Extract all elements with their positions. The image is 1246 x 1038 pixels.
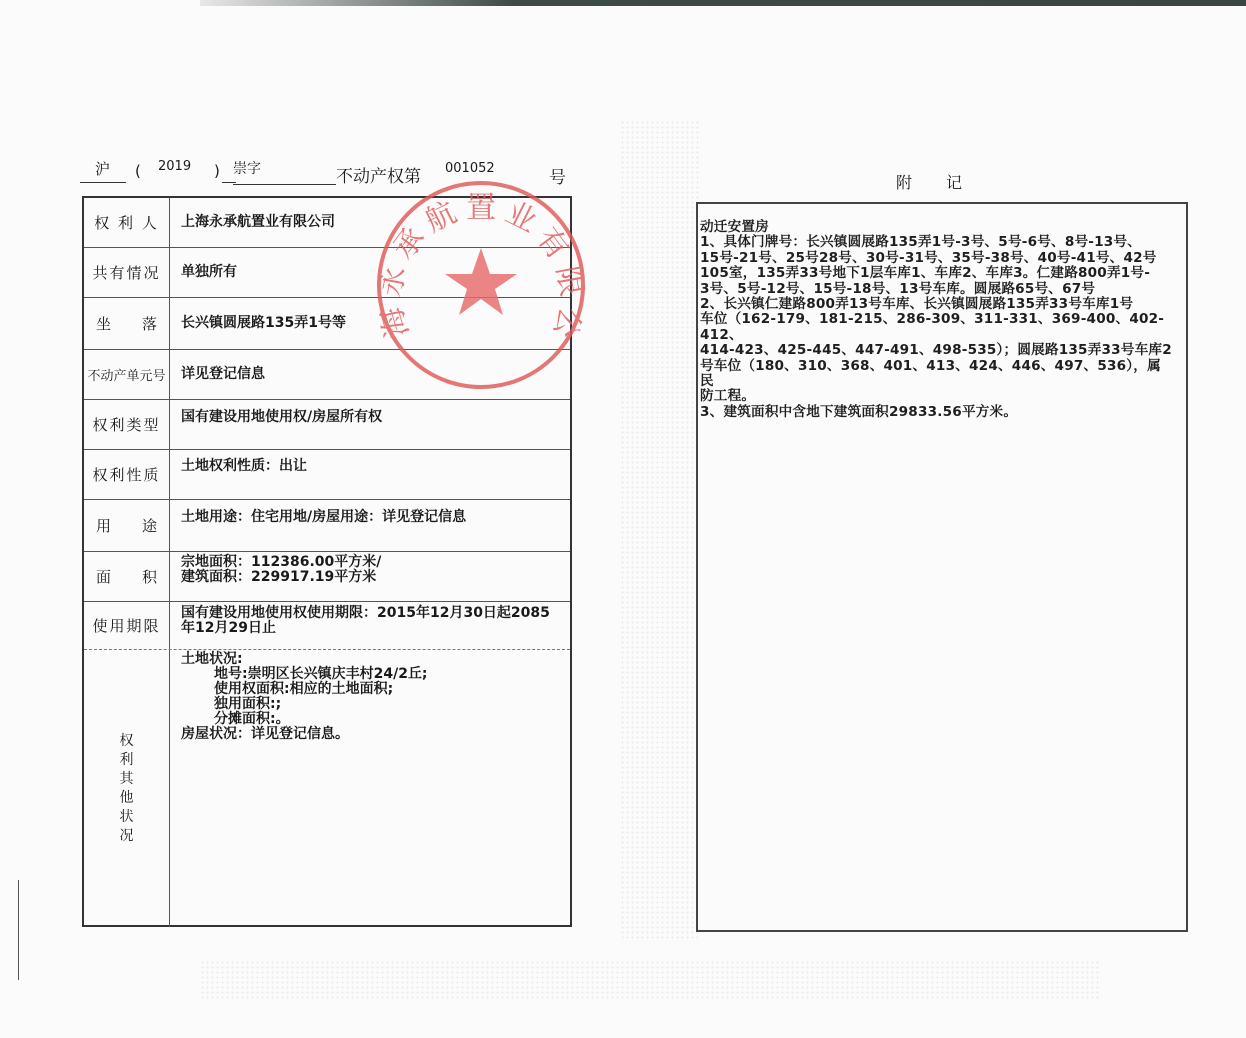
land-line: 分摊面积:。 [181, 712, 564, 727]
label-char: 他 [120, 789, 134, 808]
underline [222, 182, 236, 183]
value-term: 国有建设用地使用权使用期限：2015年12月30日起2085 年12月29日止 [181, 606, 564, 636]
label-char: 其 [120, 770, 134, 789]
row-other-rights: 权 利 其 他 状 况 土地状况: 地号:崇明区长兴镇庆丰村24/2丘; 使用权… [84, 650, 570, 927]
value-usage: 土地用途：住宅用地/房屋用途：详见登记信息 [181, 510, 564, 525]
label-char: 状 [120, 808, 134, 827]
label-location: 坐 落 [84, 298, 170, 349]
row-location: 坐 落 长兴镇圆展路135弄1号等 [84, 298, 570, 350]
certificate-number-line: 沪 ( 2019 ) 崇字 不动产权第 001052 号 [80, 158, 580, 188]
cert-title-end: 号 [549, 163, 566, 188]
appendix-box: 动迁安置房 1、具体门牌号：长兴镇圆展路135弄1号-3号、5号-6号、8号-1… [696, 202, 1188, 932]
row-right-nature: 权利性质 土地权利性质：出让 [84, 450, 570, 500]
appendix-title: 附记 [896, 170, 996, 193]
row-area: 面 积 宗地面积：112386.00平方米/ 建筑面积：229917.19平方米 [84, 552, 570, 602]
scan-margin-line [18, 880, 19, 980]
scan-edge-shadow [200, 0, 1246, 6]
scan-noise [620, 120, 700, 940]
term-line: 国有建设用地使用权使用期限：2015年12月30日起2085 [181, 606, 564, 621]
row-right-type: 权利类型 国有建设用地使用权/房屋所有权 [84, 400, 570, 450]
label-char: 积 [142, 566, 157, 587]
row-term: 使用期限 国有建设用地使用权使用期限：2015年12月30日起2085 年12月… [84, 602, 570, 650]
open-paren: ( [135, 162, 141, 180]
label-area: 面 积 [84, 552, 170, 601]
label-right-holder: 权 利 人 [84, 198, 170, 247]
label-char: 利 [120, 751, 134, 770]
term-line: 年12月29日止 [181, 621, 564, 636]
house-status: 房屋状况：详见登记信息。 [181, 727, 564, 742]
building-area: 建筑面积：229917.19平方米 [181, 570, 564, 585]
label-co-ownership: 共有情况 [84, 248, 170, 297]
row-co-ownership: 共有情况 单独所有 [84, 248, 570, 298]
label-right-nature: 权利性质 [84, 450, 170, 499]
value-right-type: 国有建设用地使用权/房屋所有权 [181, 410, 564, 425]
row-right-holder: 权 利 人 上海永承航置业有限公司 [84, 198, 570, 248]
label-char: 途 [142, 515, 157, 536]
close-paren: ) [214, 162, 220, 180]
cert-title: 不动产权第 [336, 162, 421, 187]
label-other-rights: 权 利 其 他 状 况 [84, 650, 170, 927]
value-other-rights: 土地状况: 地号:崇明区长兴镇庆丰村24/2丘; 使用权面积:相应的土地面积; … [181, 652, 564, 742]
certificate-table: 权 利 人 上海永承航置业有限公司 共有情况 单独所有 坐 落 长兴镇圆展路13… [82, 196, 572, 927]
cert-serial-number: 001052 [445, 161, 495, 176]
label-unit-number: 不动产单元号 [84, 350, 170, 399]
land-line: 使用权面积:相应的土地面积; [181, 682, 564, 697]
value-area: 宗地面积：112386.00平方米/ 建筑面积：229917.19平方米 [181, 555, 564, 585]
row-usage: 用 途 土地用途：住宅用地/房屋用途：详见登记信息 [84, 500, 570, 552]
value-location: 长兴镇圆展路135弄1号等 [181, 298, 564, 349]
scan-noise [200, 960, 1100, 1000]
land-area: 宗地面积：112386.00平方米/ [181, 555, 564, 570]
land-line: 地号:崇明区长兴镇庆丰村24/2丘; [181, 667, 564, 682]
label-char: 权 [120, 732, 134, 751]
land-status-heading: 土地状况: [181, 652, 564, 667]
label-char: 面 [96, 566, 111, 587]
underline [80, 182, 126, 183]
district-char: 崇字 [233, 158, 261, 178]
label-right-type: 权利类型 [84, 400, 170, 449]
land-line: 独用面积:; [181, 697, 564, 712]
value-right-nature: 土地权利性质：出让 [181, 459, 564, 474]
underline [233, 184, 336, 185]
label-term: 使用期限 [84, 602, 170, 649]
label-char: 落 [142, 313, 157, 334]
label-char: 坐 [96, 313, 111, 334]
value-co-ownership: 单独所有 [181, 248, 564, 297]
label-usage: 用 途 [84, 500, 170, 551]
label-char: 用 [96, 515, 111, 536]
label-char: 况 [120, 827, 134, 846]
row-unit-number: 不动产单元号 详见登记信息 [84, 350, 570, 400]
cert-year: 2019 [158, 159, 191, 174]
value-right-holder: 上海永承航置业有限公司 [181, 198, 564, 247]
appendix-text: 动迁安置房 1、具体门牌号：长兴镇圆展路135弄1号-3号、5号-6号、8号-1… [700, 220, 1174, 420]
value-unit-number: 详见登记信息 [181, 350, 564, 399]
province-abbr: 沪 [95, 158, 110, 179]
